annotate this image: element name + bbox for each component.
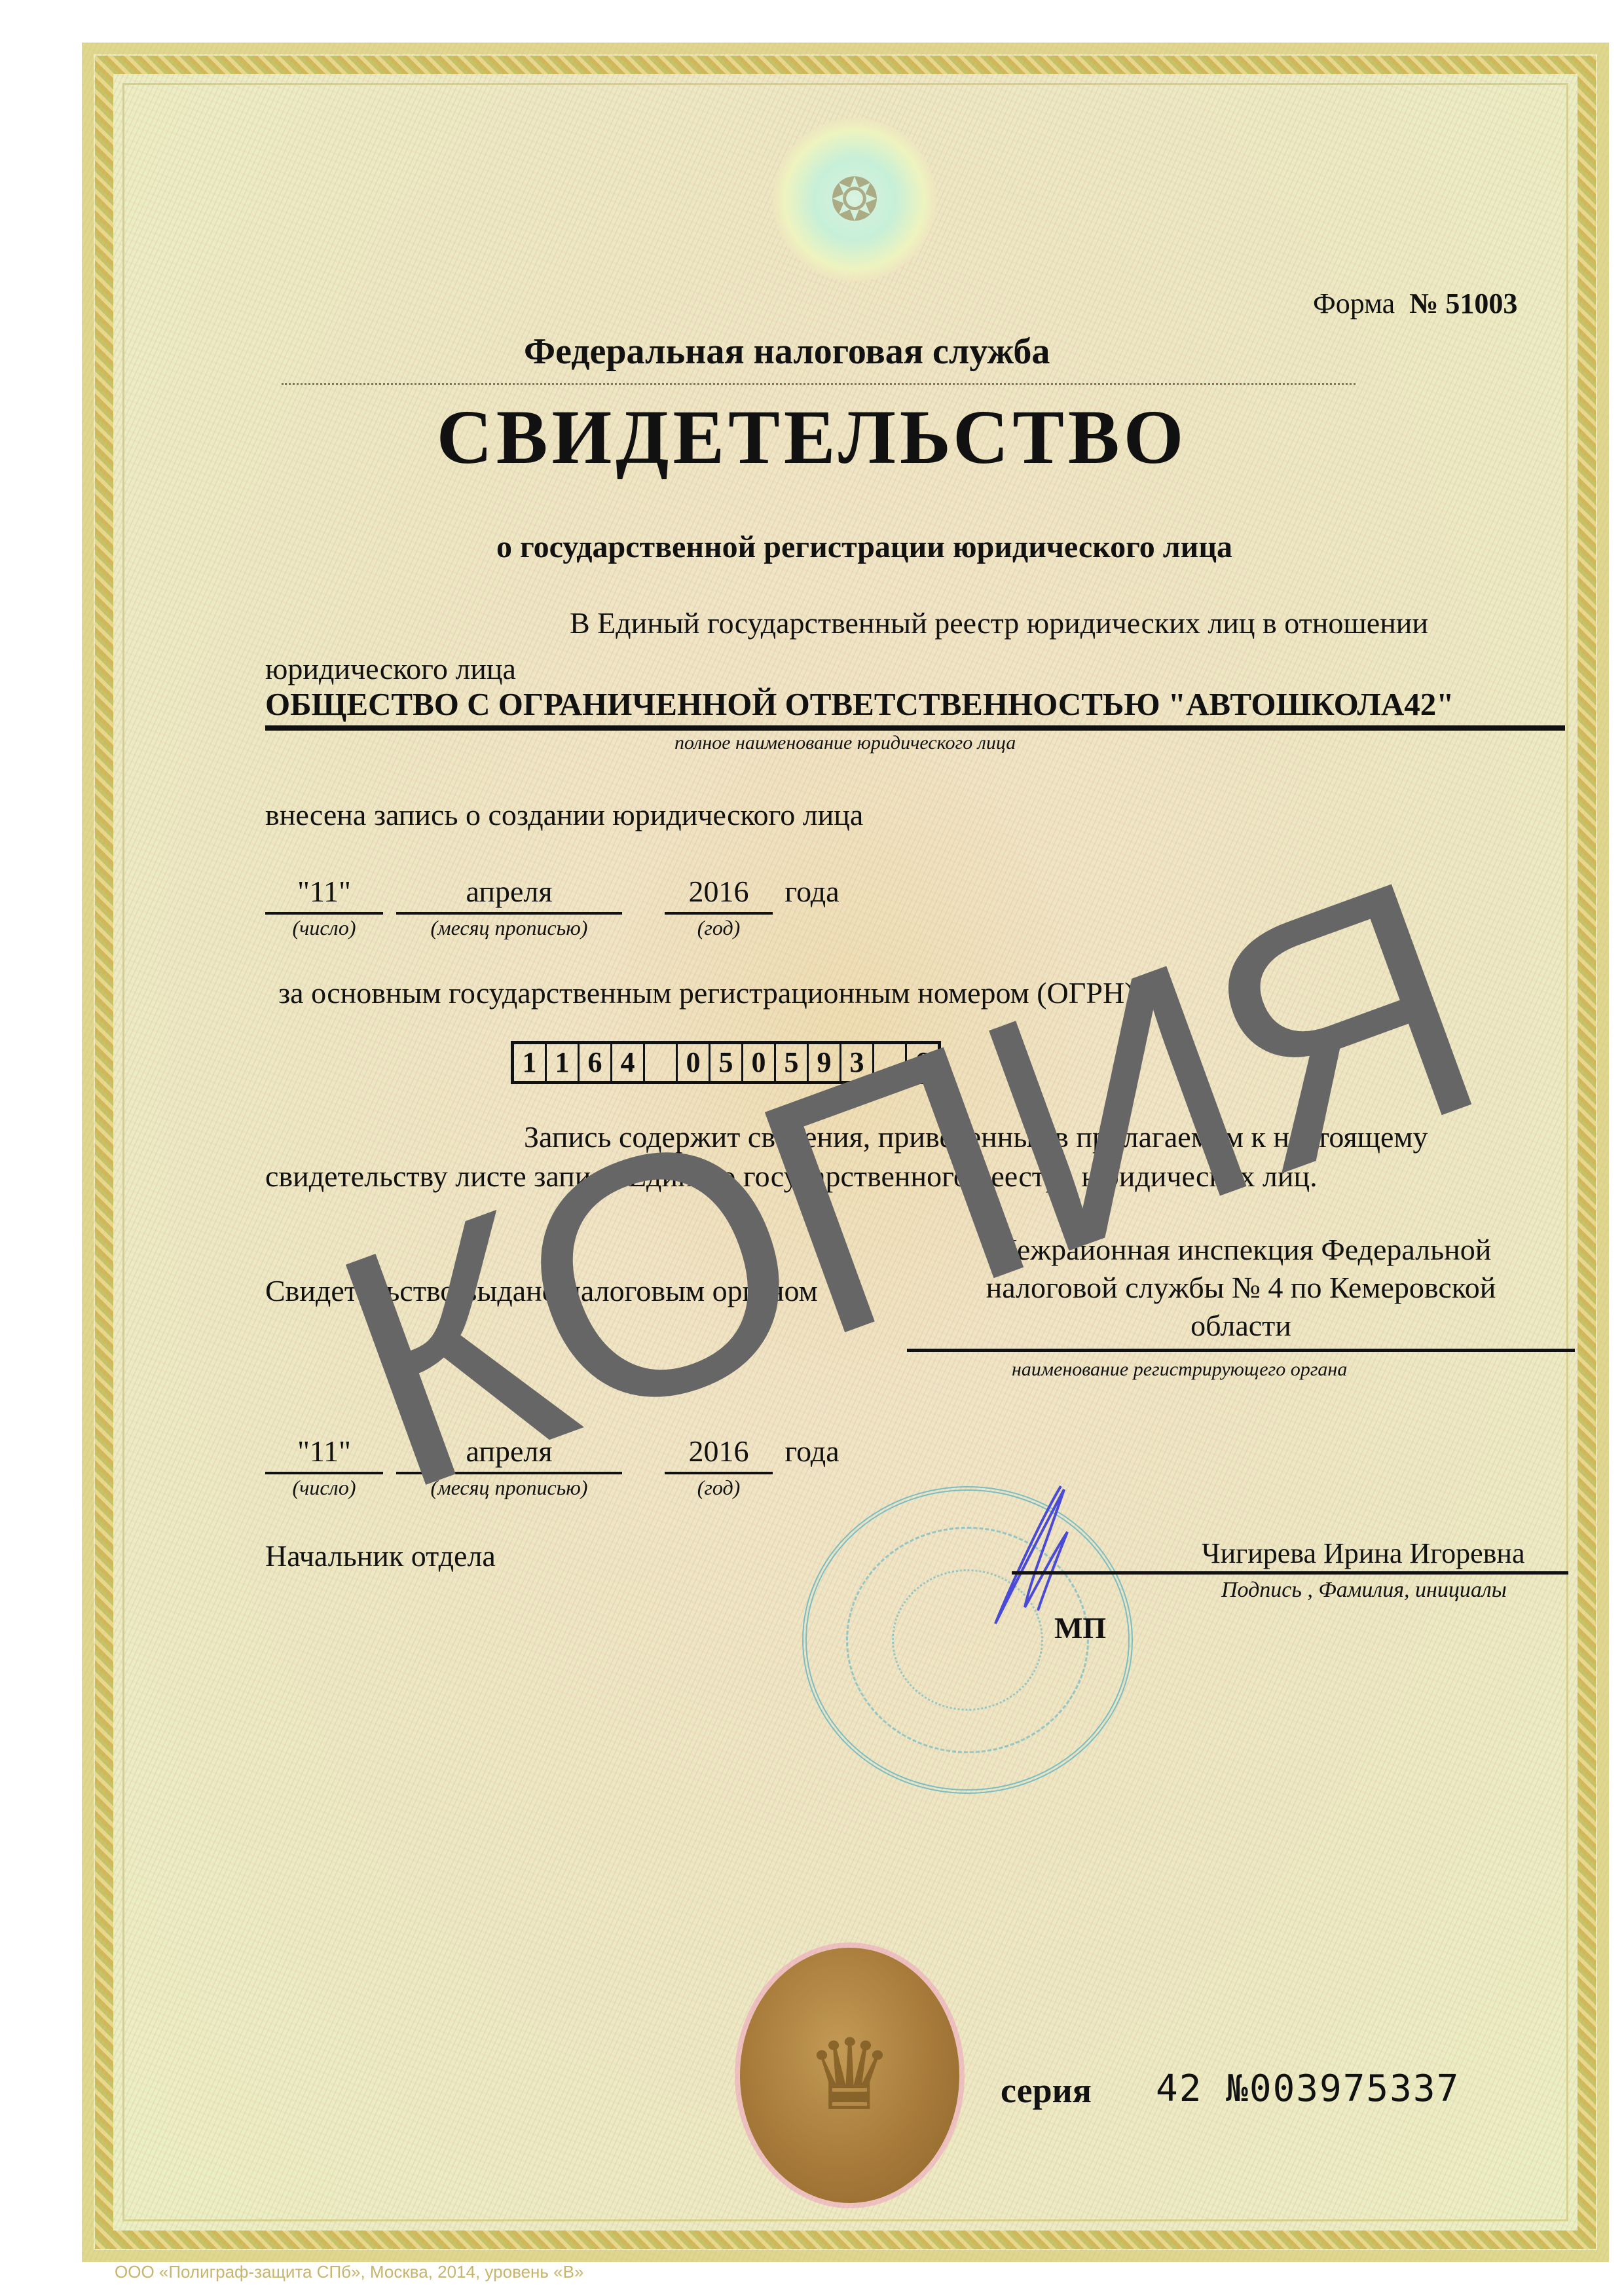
issue-day: "11" bbox=[265, 1434, 383, 1474]
agency-name: Федеральная налоговая служба bbox=[524, 331, 1050, 373]
signature-line bbox=[1012, 1571, 1568, 1575]
issue-day-caption: (число) bbox=[265, 1476, 383, 1500]
document-title: СВИДЕТЕЛЬСТВО bbox=[0, 393, 1624, 482]
ogrn-digit: 1 bbox=[514, 1044, 547, 1081]
issue-year-suffix: года bbox=[776, 1434, 848, 1472]
seal-label: МП bbox=[1054, 1611, 1106, 1645]
record-year-suffix: года bbox=[776, 874, 848, 912]
issue-year-caption: (год) bbox=[665, 1476, 773, 1500]
record-year-caption: (год) bbox=[665, 916, 773, 940]
intro-text-line1: В Единый государственный реестр юридичес… bbox=[570, 606, 1428, 640]
form-number: Форма № 51003 bbox=[1313, 287, 1517, 320]
divider bbox=[282, 383, 1356, 385]
record-month-caption: (месяц прописью) bbox=[396, 916, 622, 940]
organization-name: ОБЩЕСТВО С ОГРАНИЧЕННОЙ ОТВЕТСТВЕННОСТЬЮ… bbox=[265, 685, 1565, 731]
ogrn-digit: 6 bbox=[580, 1044, 612, 1081]
record-text: внесена запись о создании юридического л… bbox=[265, 797, 863, 832]
record-day: "11" bbox=[265, 874, 383, 915]
ogrn-digit: 1 bbox=[547, 1044, 580, 1081]
record-day-caption: (число) bbox=[265, 916, 383, 940]
gold-eagle-seal-icon: ♛ bbox=[740, 1948, 959, 2203]
document-subtitle: о государственной регистрации юридическо… bbox=[0, 529, 1624, 565]
record-year: 2016 bbox=[665, 874, 773, 915]
form-number-value: № 51003 bbox=[1409, 287, 1517, 319]
signature-caption: Подпись , Фамилия, инициалы bbox=[1221, 1578, 1507, 1603]
printer-imprint: ООО «Полиграф-защита СПб», Москва, 2014,… bbox=[115, 2262, 583, 2282]
organization-caption: полное наименование юридического лица bbox=[674, 732, 1016, 754]
series-label: серия bbox=[1001, 2070, 1092, 2111]
hologram-emblem-icon: ❂ bbox=[773, 118, 936, 282]
intro-text-line2: юридического лица bbox=[265, 651, 516, 686]
official-name: Чигирева Ирина Игоревна bbox=[1202, 1537, 1525, 1570]
record-date: "11" апреля 2016 года (число) (месяц про… bbox=[265, 874, 920, 953]
issuing-authority-caption: наименование регистрирующего органа bbox=[1012, 1358, 1347, 1381]
series-number: 42 №003975337 bbox=[1156, 2068, 1460, 2110]
ogrn-digit: 4 bbox=[612, 1044, 645, 1081]
form-label: Форма bbox=[1313, 287, 1395, 319]
record-month: апреля bbox=[396, 874, 622, 915]
